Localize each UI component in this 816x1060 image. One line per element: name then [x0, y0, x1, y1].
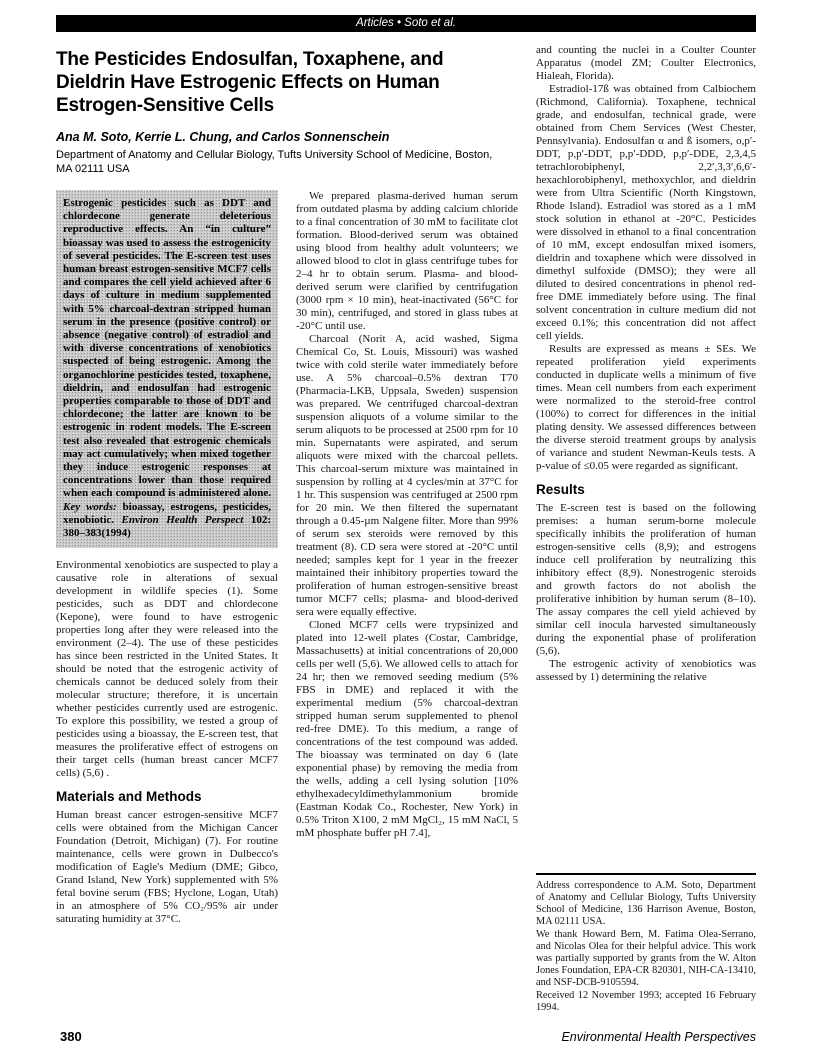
- column-right: and counting the nuclei in a Coulter Cou…: [536, 44, 756, 1014]
- intro-paragraph: Environmental xenobiotics are suspected …: [56, 559, 278, 780]
- body-paragraph: Charcoal (Norit A, acid washed, Sigma Ch…: [296, 333, 518, 619]
- body-paragraph: and counting the nuclei in a Coulter Cou…: [536, 44, 756, 83]
- footnote-dates: Received 12 November 1993; accepted 16 F…: [536, 990, 756, 1014]
- footnote-correspondence: Address correspondence to A.M. Soto, Dep…: [536, 880, 756, 929]
- footer-page-number: 380: [60, 1029, 82, 1044]
- article-title: The Pesticides Endosulfan, Toxaphene, an…: [56, 48, 504, 117]
- article-category-banner: Articles • Soto et al.: [56, 15, 756, 32]
- article-affiliation: Department of Anatomy and Cellular Biolo…: [56, 149, 496, 176]
- banner-text: Articles • Soto et al.: [356, 17, 456, 29]
- abstract-keywords-label: Key words:: [63, 501, 117, 513]
- paper-page: Articles • Soto et al. The Pesticides En…: [0, 0, 816, 1060]
- footnote-block: Address correspondence to A.M. Soto, Dep…: [536, 873, 756, 1014]
- body-paragraph: Estradiol-17ß was obtained from Calbioch…: [536, 83, 756, 343]
- column-left: Estrogenic pesticides such as DDT and ch…: [56, 190, 278, 990]
- body-paragraph: The estrogenic activity of xenobiotics w…: [536, 658, 756, 684]
- body-paragraph: The E-screen test is based on the follow…: [536, 502, 756, 658]
- article-authors: Ana M. Soto, Kerrie L. Chung, and Carlos…: [56, 130, 518, 145]
- text-columns: Estrogenic pesticides such as DDT and ch…: [56, 190, 518, 990]
- abstract-paragraph: Estrogenic pesticides such as DDT and ch…: [63, 197, 271, 540]
- section-heading-materials-methods: Materials and Methods: [56, 789, 278, 805]
- body-paragraph: Cloned MCF7 cells were trypsinized and p…: [296, 619, 518, 840]
- main-column-group: The Pesticides Endosulfan, Toxaphene, an…: [56, 44, 518, 1014]
- body-paragraph: We prepared plasma-derived human serum f…: [296, 190, 518, 333]
- column-middle: We prepared plasma-derived human serum f…: [296, 190, 518, 990]
- body-paragraph: Results are expressed as means ± SEs. We…: [536, 343, 756, 473]
- footer-journal-name: Environmental Health Perspectives: [561, 1030, 756, 1044]
- footnote-acknowledgments: We thank Howard Bern, M. Fatima Olea-Ser…: [536, 929, 756, 990]
- abstract-body: Estrogenic pesticides such as DDT and ch…: [63, 197, 271, 499]
- page-content: The Pesticides Endosulfan, Toxaphene, an…: [56, 44, 756, 1014]
- abstract-box: Estrogenic pesticides such as DDT and ch…: [56, 190, 278, 548]
- abstract-citation-journal: Environ Health Perspect: [122, 514, 244, 526]
- section-heading-results: Results: [536, 482, 756, 498]
- methods-paragraph: Human breast cancer estrogen-sensitive M…: [56, 809, 278, 926]
